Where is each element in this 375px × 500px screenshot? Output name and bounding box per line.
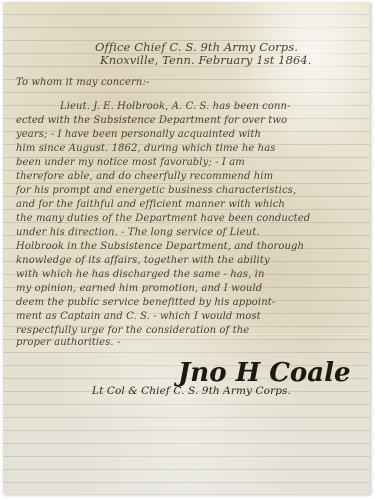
body-line: with which he has discharged the same - … [16, 269, 265, 280]
header-office: Office Chief C. S. 9th Army Corps. [95, 40, 298, 54]
body-line: therefore able, and do cheerfully recomm… [16, 171, 273, 182]
body-line: under his direction. - The long service … [16, 227, 260, 238]
body-line: him since August. 1862, during which tim… [16, 143, 276, 154]
signature: Jno H Coale [178, 358, 351, 388]
body-line: for his prompt and energetic business ch… [16, 185, 296, 196]
body-line: ected with the Subsistence Department fo… [16, 115, 287, 126]
body-line: respectfully urge for the consideration … [16, 325, 249, 336]
body-line: proper authorities. - [16, 337, 120, 348]
body-line: years; - I have been personally acquaint… [16, 129, 261, 140]
body-line: Holbrook in the Subsistence Department, … [16, 241, 304, 252]
body-line: and for the faithful and efficient manne… [16, 199, 285, 210]
header-place-date: Knoxville, Tenn. February 1st 1864. [100, 53, 312, 67]
body-line: deem the public service benefitted by hi… [16, 297, 275, 308]
signature-title: Lt Col & Chief C. S. 9th Army Corps. [92, 385, 291, 397]
body-line: my opinion, earned him promotion, and I … [16, 283, 262, 294]
body-line: the many duties of the Department have b… [16, 213, 310, 224]
body-line: ment as Captain and C. S. - which I woul… [16, 311, 261, 322]
body-line: been under my notice most favorably; - I… [16, 157, 245, 168]
body-line: Lieut. J. E. Holbrook, A. C. S. has been… [60, 101, 291, 112]
salutation: To whom it may concern:- [16, 77, 149, 88]
body-line: knowledge of its affairs, together with … [16, 255, 270, 266]
